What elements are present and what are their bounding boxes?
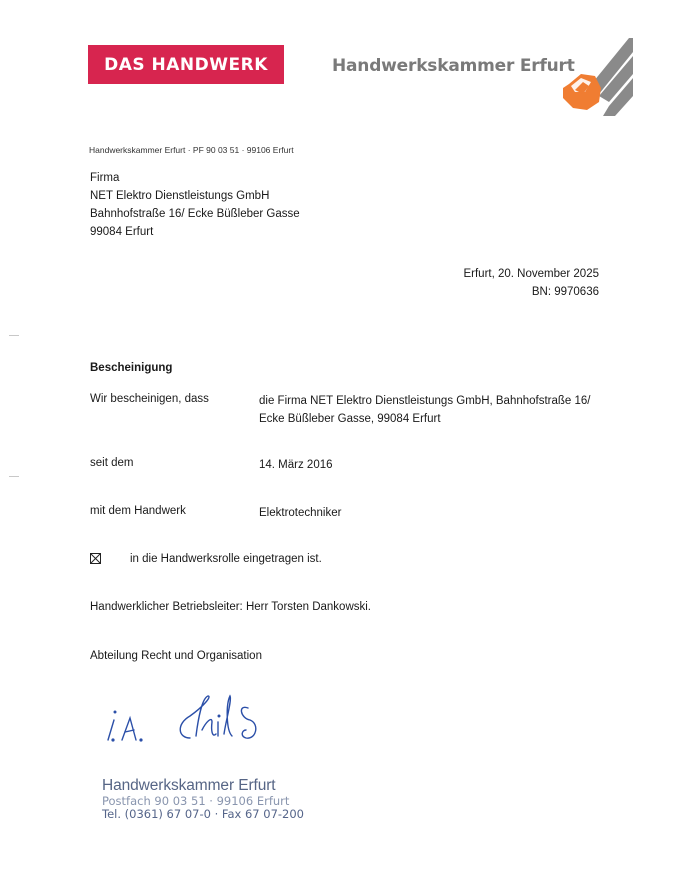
badge-text: DAS HANDWERK bbox=[104, 55, 268, 75]
stamp-phone-fax: Tel. (0361) 67 07-0 · Fax 67 07-200 bbox=[102, 808, 304, 821]
fold-mark bbox=[9, 335, 19, 336]
value-line: die Firma NET Elektro Dienstleistungs Gm… bbox=[259, 392, 591, 410]
address-line: NET Elektro Dienstleistungs GmbH bbox=[90, 187, 300, 205]
department-line: Abteilung Recht und Organisation bbox=[90, 650, 262, 662]
address-line: 99084 Erfurt bbox=[90, 223, 300, 241]
signature-icon bbox=[100, 690, 300, 750]
address-line: Firma bbox=[90, 169, 300, 187]
document-title: Bescheinigung bbox=[90, 362, 172, 374]
chamber-name-heading: Handwerkskammer Erfurt bbox=[332, 56, 575, 76]
value-line: Elektrotechniker bbox=[259, 504, 341, 522]
row-label-trade: mit dem Handwerk bbox=[90, 505, 186, 517]
checked-box-icon bbox=[90, 553, 101, 564]
fold-mark bbox=[9, 476, 19, 477]
chamber-logo-icon bbox=[555, 34, 635, 116]
row-label-certify: Wir bescheinigen, dass bbox=[90, 393, 209, 405]
date-reference-block: Erfurt, 20. November 2025 BN: 9970636 bbox=[463, 265, 599, 301]
value-line: Ecke Büßleber Gasse, 99084 Erfurt bbox=[259, 410, 591, 428]
reference-number: BN: 9970636 bbox=[463, 283, 599, 301]
recipient-address: Firma NET Elektro Dienstleistungs GmbH B… bbox=[90, 169, 300, 241]
manager-line: Handwerklicher Betriebsleiter: Herr Tors… bbox=[90, 601, 371, 613]
address-line: Bahnhofstraße 16/ Ecke Büßleber Gasse bbox=[90, 205, 300, 223]
value-line: 14. März 2016 bbox=[259, 456, 333, 474]
stamp: Handwerkskammer Erfurt Postfach 90 03 51… bbox=[102, 777, 304, 821]
row-label-since: seit dem bbox=[90, 457, 133, 469]
place-date: Erfurt, 20. November 2025 bbox=[463, 265, 599, 283]
sender-return-address: Handwerkskammer Erfurt · PF 90 03 51 · 9… bbox=[89, 145, 294, 155]
stamp-name: Handwerkskammer Erfurt bbox=[102, 777, 304, 795]
row-value-trade: Elektrotechniker bbox=[259, 504, 341, 522]
row-value-date: 14. März 2016 bbox=[259, 456, 333, 474]
row-value-company: die Firma NET Elektro Dienstleistungs Gm… bbox=[259, 392, 591, 428]
registration-statement: in die Handwerksrolle eingetragen ist. bbox=[130, 553, 322, 565]
das-handwerk-badge: DAS HANDWERK bbox=[88, 45, 284, 84]
